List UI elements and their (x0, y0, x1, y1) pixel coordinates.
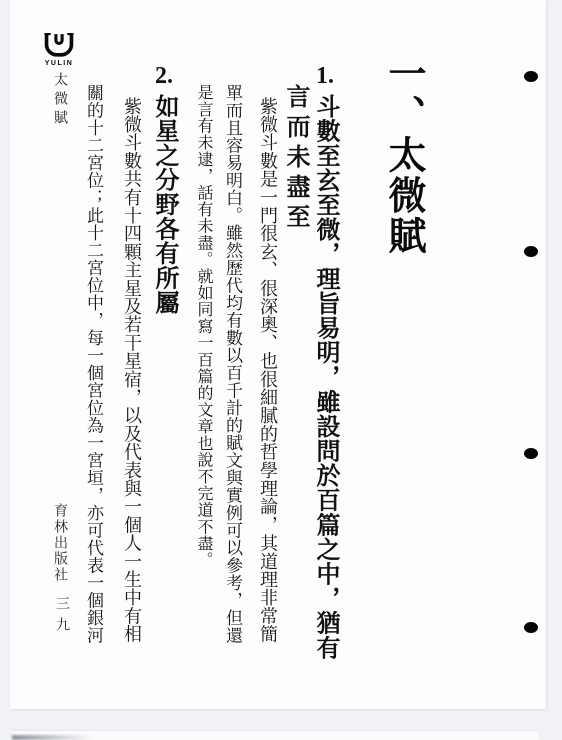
page-number: 三九 (54, 596, 68, 638)
scan-background: YULIN 太微賦 一、太微賦 1.斗數至玄至微，理旨易明，雖設問於百篇之中，猶… (0, 0, 562, 740)
section-2-heading-text: 如星之分野各有所屬 (151, 94, 177, 315)
section-1-heading-text-a: 斗數至玄至微，理旨易明，雖設問於百篇之中，猶有 (312, 94, 338, 660)
binding-hole-dot (524, 246, 538, 257)
paragraph-1-column-2: 單而且容易明白。雖然歷代均有數以百千計的賦文與實例可以參考，但還 (224, 84, 241, 644)
paragraph-1-column-3: 是言有未逮，話有未盡。就如同寫一百篇的文章也說不完道不盡。 (195, 84, 211, 568)
yulin-book-icon (42, 32, 76, 59)
section-1-heading-col-1: 1.斗數至玄至微，理旨易明，雖設問於百篇之中，猶有 (313, 64, 337, 660)
paragraph-2-column-1: 紫微斗數共有十四顆主星及若干星宿，以及代表與一個人一生中有相 (123, 97, 141, 643)
binding-hole-dot (524, 71, 538, 82)
binding-hole-dot (524, 448, 538, 459)
running-title: 太微賦 (52, 72, 66, 129)
section-2-heading: 2.如星之分野各有所屬 (152, 64, 176, 315)
paragraph-1-column-1: 紫微斗數是一門很玄、很深奧、也很細膩的哲學理論，其道理非常簡 (259, 97, 277, 643)
publisher-name: 育林出版社 (52, 503, 66, 583)
book-page: YULIN 太微賦 一、太微賦 1.斗數至玄至微，理旨易明，雖設問於百篇之中，猶… (10, 0, 546, 709)
section-2-number: 2. (151, 64, 177, 88)
paragraph-2-column-2: 關的十二宮位；此十二宮位中，每一個宮位為一宮垣，亦可代表一個銀河 (85, 84, 102, 644)
scan-smudge (12, 735, 92, 740)
binding-hole-dot (524, 622, 538, 633)
publisher-logo: YULIN (37, 32, 81, 67)
chapter-title: 一、太微賦 (384, 54, 422, 257)
next-page-edge (12, 731, 539, 740)
publisher-logo-text: YULIN (45, 60, 74, 67)
section-1-number: 1. (312, 64, 338, 88)
section-1-heading-col-2: 言而未盡至 (283, 84, 307, 234)
